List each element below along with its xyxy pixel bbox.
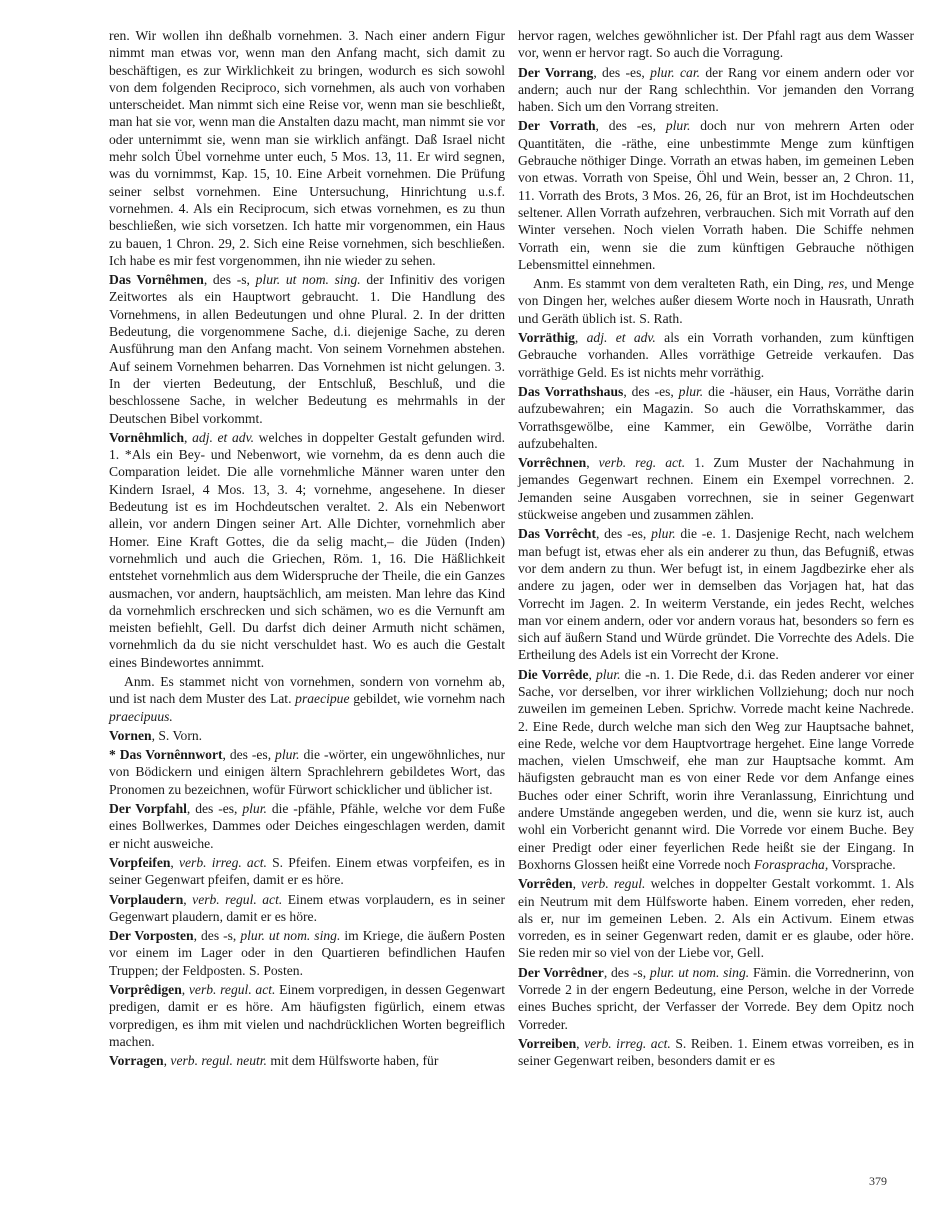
- entry-separator: , des -es,: [596, 118, 666, 133]
- entry-separator: ,: [184, 430, 192, 445]
- entry-marker: *: [109, 747, 120, 762]
- headword: Vorragen: [109, 1053, 164, 1068]
- entry-body: mit dem Hülfsworte haben, für: [267, 1053, 438, 1068]
- entry-body: der Infinitiv des vorigen Zeitwortes als…: [109, 272, 505, 425]
- entry-separator: , des -s,: [604, 965, 650, 980]
- grammar-label: plur. car.: [650, 65, 700, 80]
- entry-separator: ,: [589, 667, 596, 682]
- entry-separator: ,: [575, 330, 587, 345]
- entry-body: welches in doppelter Gestalt gefunden wi…: [109, 430, 505, 670]
- annotation-note: Anm. Es stammet nicht von vornehmen, son…: [109, 673, 505, 725]
- headword: Die Vorrêde: [518, 667, 589, 682]
- entry-body: ren. Wir wollen ihn deßhalb vornehmen. 3…: [109, 28, 505, 268]
- annotation-note: Anm. Es stammt von dem veralteten Rath, …: [518, 275, 914, 327]
- dictionary-entry: Der Vorpfahl, des -es, plur. die -pfähle…: [109, 800, 505, 852]
- dictionary-entry: Der Vorrang, des -es, plur. car. der Ran…: [518, 64, 914, 116]
- headword: Der Vorposten: [109, 928, 194, 943]
- entry-body: die -e. 1. Dasjenige Recht, nach welchem…: [518, 526, 914, 662]
- grammar-label: adj. et adv.: [192, 430, 254, 445]
- left-column: ren. Wir wollen ihn deßhalb vornehmen. 3…: [109, 27, 505, 1072]
- headword: Vorreiben: [518, 1036, 576, 1051]
- dictionary-entry: Der Vorrêdner, des -s, plur. ut nom. sin…: [518, 964, 914, 1033]
- entry-separator: ,: [183, 892, 192, 907]
- entry-separator: ,: [576, 1036, 584, 1051]
- grammar-label: plur.: [679, 384, 704, 399]
- headword: Das Vornêhmen: [109, 272, 204, 287]
- grammar-label: plur. ut nom. sing.: [240, 928, 340, 943]
- grammar-label: adj. et adv.: [587, 330, 656, 345]
- dictionary-entry: Vorpfeifen, verb. irreg. act. S. Pfeifen…: [109, 854, 505, 889]
- dictionary-entry: Vornen, S. Vorn.: [109, 727, 505, 744]
- headword: Vorprêdigen: [109, 982, 182, 997]
- latin-term: praecipuus.: [109, 709, 173, 724]
- grammar-label: plur.: [275, 747, 300, 762]
- entry-separator: ,: [573, 876, 582, 891]
- dictionary-entry: * Das Vornênnwort, des -es, plur. die -w…: [109, 746, 505, 798]
- headword: Vornêhmlich: [109, 430, 184, 445]
- grammar-label: verb. regul.: [581, 876, 645, 891]
- headword: Vorrêchnen: [518, 455, 586, 470]
- grammar-label: plur.: [242, 801, 267, 816]
- headword: Vorrêden: [518, 876, 573, 891]
- headword: Der Vorrath: [518, 118, 596, 133]
- grammar-label: verb. irreg. act.: [179, 855, 267, 870]
- entry-separator: ,: [182, 982, 189, 997]
- entry-separator: , des -es,: [596, 526, 651, 541]
- grammar-label: plur. ut nom. sing.: [650, 965, 749, 980]
- grammar-label: plur.: [596, 667, 621, 682]
- headword: Vorplaudern: [109, 892, 183, 907]
- grammar-label: verb. regul. neutr.: [170, 1053, 267, 1068]
- dictionary-entry: Die Vorrêde, plur. die -n. 1. Die Rede, …: [518, 666, 914, 874]
- headword: Das Vorrathshaus: [518, 384, 623, 399]
- dictionary-entry: Vorrêden, verb. regul. welches in doppel…: [518, 875, 914, 961]
- latin-term: res,: [828, 276, 848, 291]
- grammar-label: verb. reg. act.: [599, 455, 686, 470]
- latin-term: Foraspracha,: [754, 857, 828, 872]
- dictionary-entry: Vorplaudern, verb. regul. act. Einem etw…: [109, 891, 505, 926]
- entry-body: die -n. 1. Die Rede, d.i. das Reden ande…: [518, 667, 914, 872]
- grammar-label: verb. irreg. act.: [584, 1036, 671, 1051]
- grammar-label: plur.: [666, 118, 691, 133]
- entry-separator: , des -s,: [204, 272, 256, 287]
- dictionary-entry: Der Vorrath, des -es, plur. doch nur von…: [518, 117, 914, 273]
- dictionary-entry: Das Vorrêcht, des -es, plur. die -e. 1. …: [518, 525, 914, 663]
- entry-body: doch nur von mehrern Arten oder Quantitä…: [518, 118, 914, 271]
- entry-body: S. Vorn.: [158, 728, 202, 743]
- dictionary-entry: Vorprêdigen, verb. regul. act. Einem vor…: [109, 981, 505, 1050]
- headword: Der Vorpfahl: [109, 801, 187, 816]
- grammar-label: verb. regul. act.: [189, 982, 276, 997]
- entry-separator: , des -es,: [187, 801, 242, 816]
- dictionary-entry: Vorragen, verb. regul. neutr. mit dem Hü…: [109, 1052, 505, 1069]
- right-column: hervor ragen, welches gewöhnlicher ist. …: [518, 27, 914, 1072]
- entry-separator: ,: [586, 455, 598, 470]
- note-text: Anm. Es stammt von dem veralteten Rath, …: [533, 276, 828, 291]
- headword: Vornen: [109, 728, 152, 743]
- dictionary-entry: Vorräthig, adj. et adv. als ein Vorrath …: [518, 329, 914, 381]
- entry-body: hervor ragen, welches gewöhnlicher ist. …: [518, 28, 914, 60]
- headword: Vorpfeifen: [109, 855, 170, 870]
- entry-separator: , des -es,: [223, 747, 275, 762]
- grammar-label: verb. regul. act.: [192, 892, 282, 907]
- continued-text: hervor ragen, welches gewöhnlicher ist. …: [518, 27, 914, 62]
- entry-separator: , des -s,: [194, 928, 241, 943]
- dictionary-entry: Das Vornêhmen, des -s, plur. ut nom. sin…: [109, 271, 505, 427]
- latin-term: praecipue: [295, 691, 349, 706]
- dictionary-entry: Der Vorposten, des -s, plur. ut nom. sin…: [109, 927, 505, 979]
- headword: Vorräthig: [518, 330, 575, 345]
- headword: Das Vorrêcht: [518, 526, 596, 541]
- continued-text: ren. Wir wollen ihn deßhalb vornehmen. 3…: [109, 27, 505, 269]
- dictionary-entry: Vorreiben, verb. irreg. act. S. Reiben. …: [518, 1035, 914, 1070]
- entry-separator: ,: [170, 855, 179, 870]
- headword: Der Vorrêdner: [518, 965, 604, 980]
- dictionary-page: ren. Wir wollen ihn deßhalb vornehmen. 3…: [0, 0, 935, 1210]
- grammar-label: plur.: [651, 526, 676, 541]
- dictionary-entry: Das Vorrathshaus, des -es, plur. die -hä…: [518, 383, 914, 452]
- entry-separator: , des -es,: [593, 65, 650, 80]
- grammar-label: plur. ut nom. sing.: [256, 272, 361, 287]
- headword: Das Vornênnwort: [120, 747, 223, 762]
- entry-body-tail: Vorsprache.: [828, 857, 895, 872]
- dictionary-entry: Vornêhmlich, adj. et adv. welches in dop…: [109, 429, 505, 671]
- note-text: gebildet, wie vornehm nach: [350, 691, 506, 706]
- dictionary-entry: Vorrêchnen, verb. reg. act. 1. Zum Muste…: [518, 454, 914, 523]
- page-number: 379: [869, 1174, 887, 1189]
- entry-separator: , des -es,: [623, 384, 678, 399]
- headword: Der Vorrang: [518, 65, 593, 80]
